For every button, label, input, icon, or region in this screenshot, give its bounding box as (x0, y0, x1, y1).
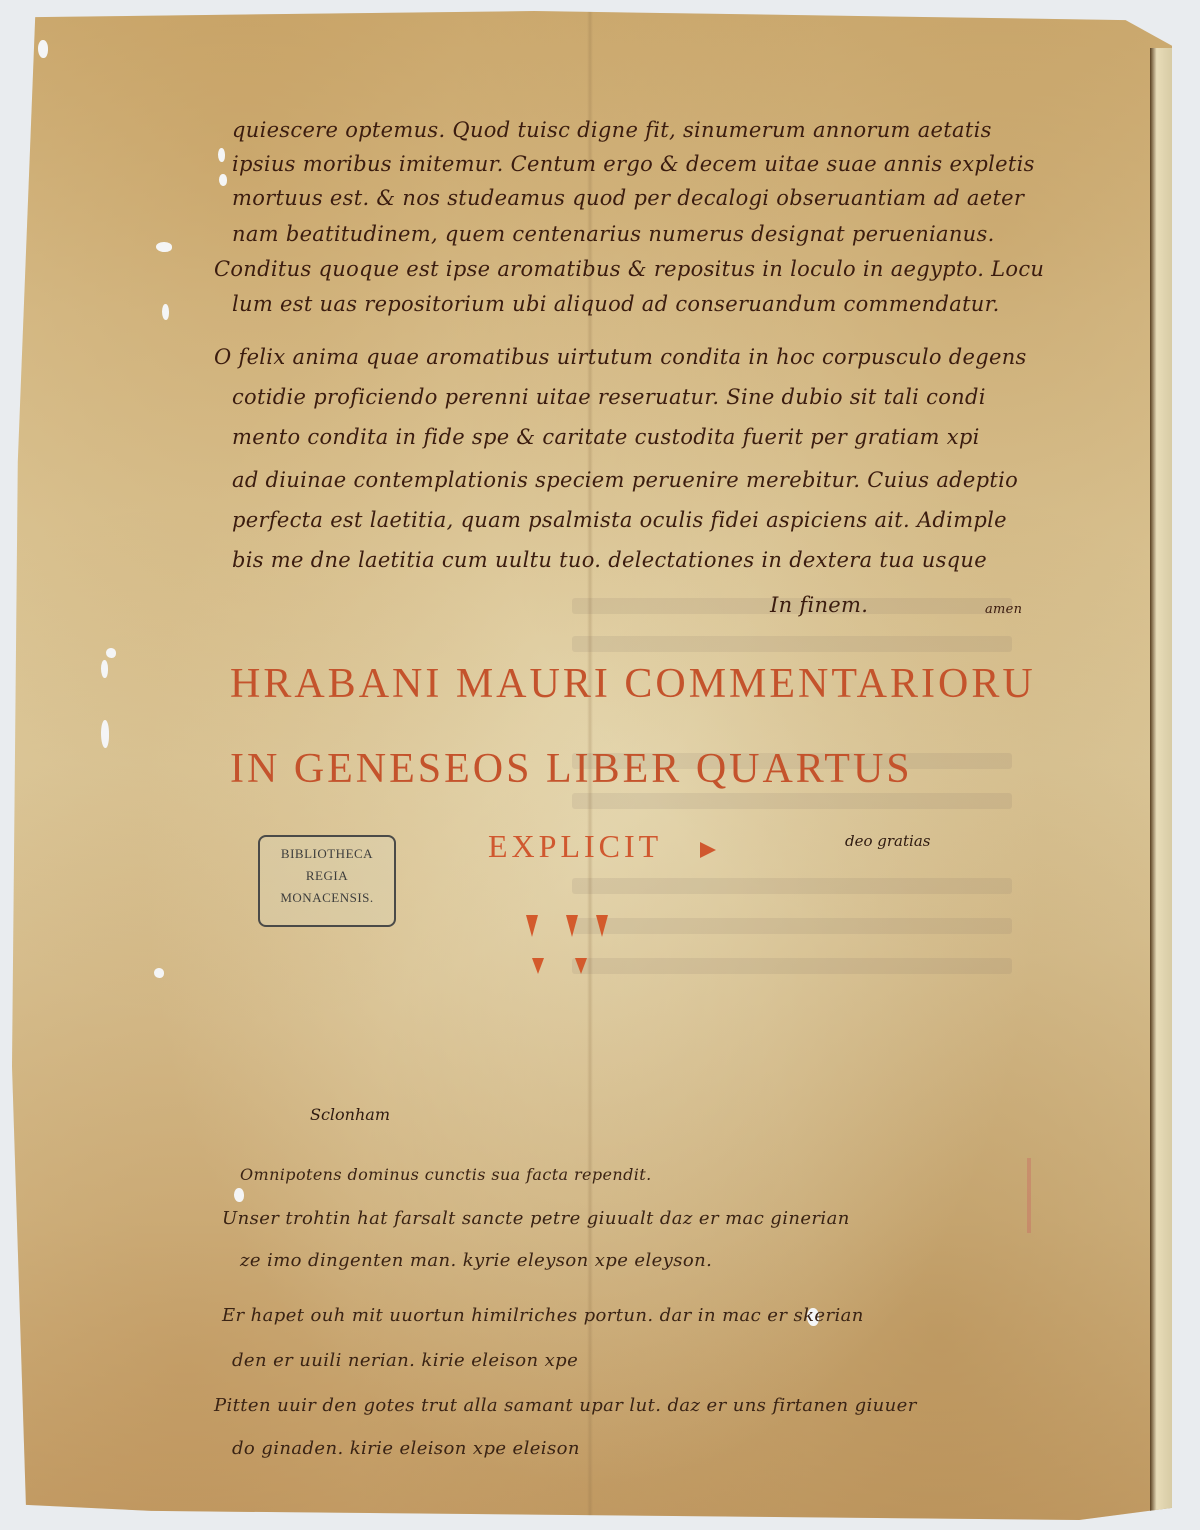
colophon-title-line-2: IN GENESEOS LIBER QUARTUS (230, 745, 913, 793)
verse-line: Er hapet ouh mit uuortun himilriches por… (222, 1305, 864, 1326)
text-line: nam beatitudinem, quem centenarius numer… (232, 222, 995, 246)
verse-line: Omnipotens dominus cunctis sua facta rep… (240, 1165, 652, 1184)
text-line: ad diuinae contemplationis speciem perue… (232, 468, 1018, 492)
parchment-hole (106, 648, 116, 658)
red-triangle-marker-icon (526, 915, 538, 937)
show-through-text (572, 793, 1012, 809)
stamp-line: REGIA (260, 865, 394, 887)
explicit-rubric: EXPLICIT (488, 828, 662, 865)
verse-line: Pitten uuir den gotes trut alla samant u… (214, 1395, 917, 1416)
text-line: ipsius moribus imitemur. Centum ergo & d… (232, 152, 1035, 176)
text-line: O felix anima quae aromatibus uirtutum c… (214, 345, 1027, 369)
text-line: quiescere optemus. Quod tuisc digne fit,… (232, 118, 992, 142)
red-triangle-marker-icon (566, 915, 578, 937)
red-triangle-marker-icon (575, 958, 587, 974)
explicit-arrow-icon (700, 842, 716, 858)
show-through-rubric (1027, 1158, 1031, 1233)
deo-gratias-note: deo gratias (845, 832, 930, 850)
verse-line: Unser trohtin hat farsalt sancte petre g… (222, 1208, 850, 1229)
show-through-text (572, 878, 1012, 894)
red-triangle-marker-icon (532, 958, 544, 974)
parchment-hole (234, 1188, 244, 1202)
parchment-hole (154, 968, 164, 978)
verse-line: den er uuili nerian. kirie eleison xpe (232, 1350, 578, 1371)
verse-line: ze imo dingenten man. kyrie eleyson xpe … (240, 1250, 712, 1271)
text-line: lum est uas repositorium ubi aliquod ad … (232, 292, 1000, 316)
parchment-hole (162, 304, 169, 320)
text-line: mento condita in fide spe & caritate cus… (232, 425, 980, 449)
parchment-hole (156, 242, 172, 252)
stamp-line: BIBLIOTHECA (260, 843, 394, 865)
parchment-hole (38, 40, 48, 58)
text-line: cotidie proficiendo perenni uitae reseru… (232, 385, 986, 409)
text-line-in-finem: In finem. (770, 593, 868, 617)
colophon-title-line-1: HRABANI MAURI COMMENTARIORU (230, 660, 1036, 708)
parchment-hole (101, 660, 108, 678)
text-line: Conditus quoque est ipse aromatibus & re… (214, 257, 1044, 281)
text-line: bis me dne laetitia cum uultu tuo. delec… (232, 548, 987, 572)
amen-text: amen (985, 602, 1022, 617)
parchment-hole (218, 148, 225, 162)
verse-line: do ginaden. kirie eleison xpe eleison (232, 1438, 580, 1459)
parchment-hole (219, 174, 227, 186)
show-through-text (572, 636, 1012, 652)
parchment-hole (101, 720, 109, 748)
name-note: Sclonham (310, 1105, 390, 1124)
show-through-text (572, 918, 1012, 934)
library-stamp: BIBLIOTHECA REGIA MONACENSIS. (258, 835, 396, 927)
text-line: perfecta est laetitia, quam psalmista oc… (232, 508, 1007, 532)
red-triangle-marker-icon (596, 915, 608, 937)
show-through-text (572, 958, 1012, 974)
stamp-line: MONACENSIS. (260, 887, 394, 909)
binding-edge (1150, 48, 1172, 1518)
text-line: mortuus est. & nos studeamus quod per de… (232, 186, 1024, 210)
